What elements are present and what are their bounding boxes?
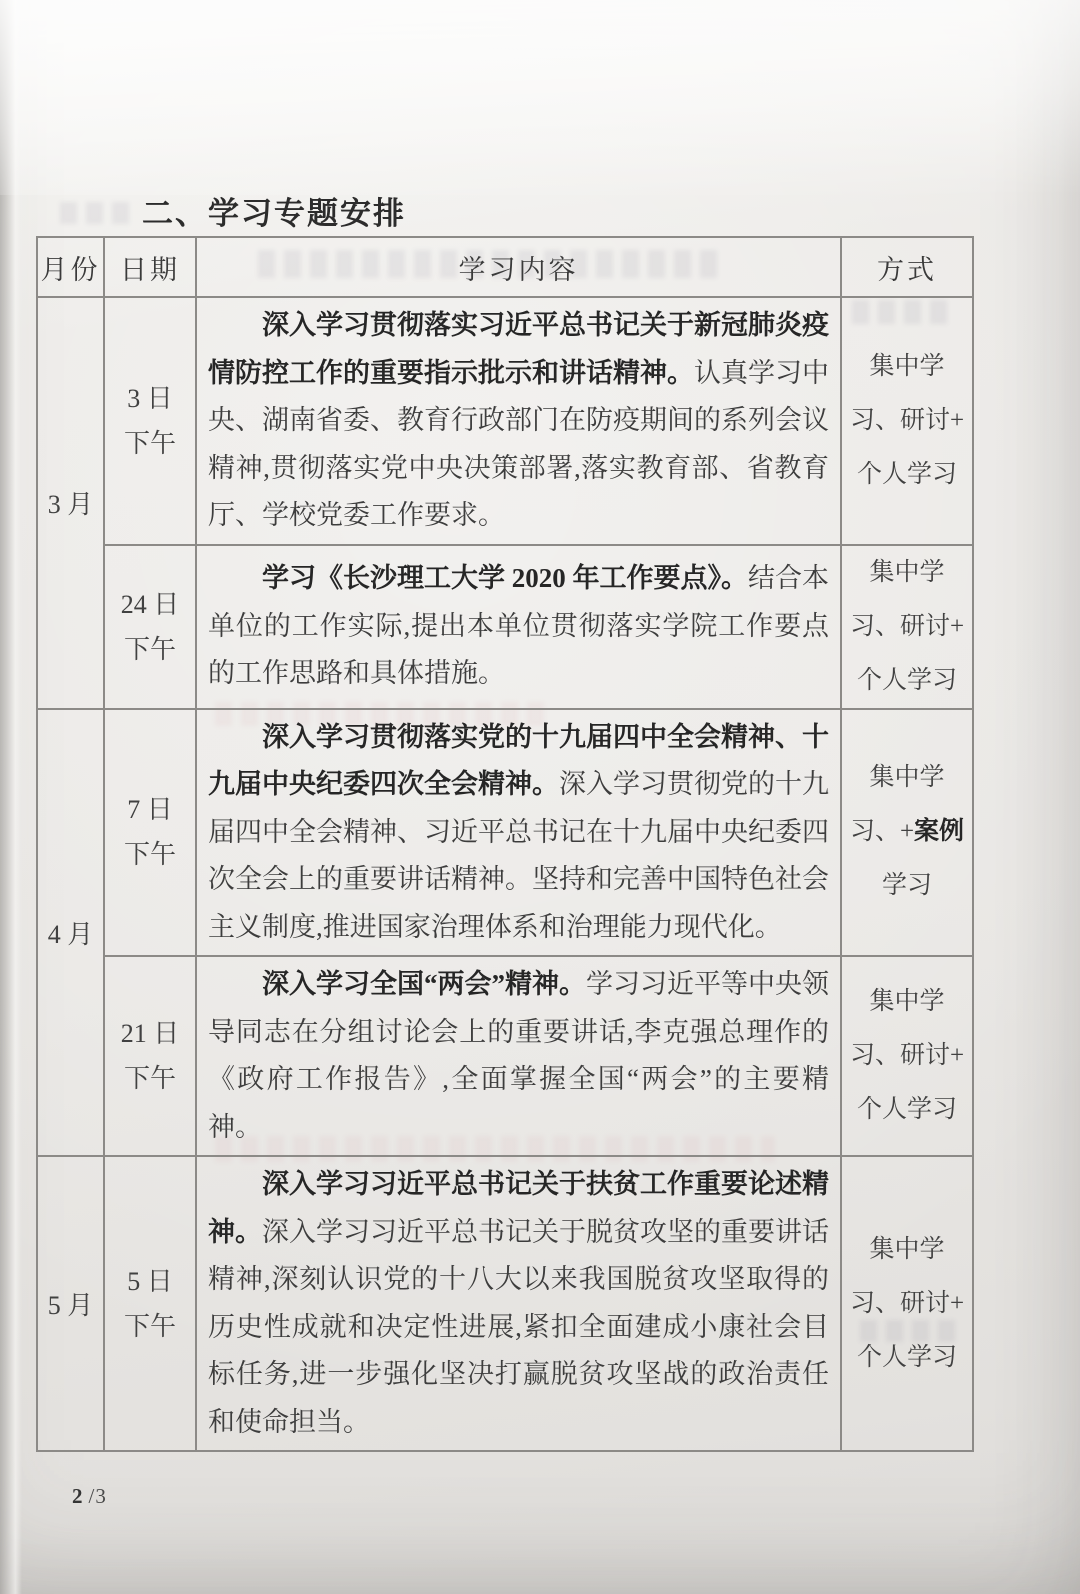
date-cell: 24 日 下午 <box>104 545 196 709</box>
table-row: 5 月 5 日 下午 深入学习习近平总书记关于扶贫工作重要论述精神。深入学习习近… <box>37 1156 973 1451</box>
date-time: 下午 <box>105 832 195 877</box>
table-row: 21 日 下午 深入学习全国“两会”精神。学习习近平等中央领导同志在分组讨论会上… <box>37 956 973 1156</box>
date-time: 下午 <box>105 1304 195 1349</box>
table-row: 24 日 下午 学习《长沙理工大学 2020 年工作要点》。结合本单位的工作实际… <box>37 545 973 709</box>
col-header-month: 月份 <box>37 237 104 297</box>
page-number: 2/3 <box>72 1484 107 1509</box>
content-paragraph: 学习《长沙理工大学 2020 年工作要点》。结合本单位的工作实际,提出本单位贯彻… <box>208 555 829 698</box>
content-paragraph: 深入学习贯彻落实党的十九届四中全会精神、十九届中央纪委四次全会精神。深入学习贯彻… <box>208 714 829 952</box>
method-line: 习、研讨+ <box>842 1277 972 1331</box>
method-line: 个人学习 <box>842 654 972 708</box>
method-line: 习、研讨+ <box>842 600 972 654</box>
paper-top-highlight <box>0 0 1080 195</box>
col-header-content: 学习内容 <box>196 237 841 297</box>
content-paragraph: 深入学习贯彻落实习近平总书记关于新冠肺炎疫情防控工作的重要指示批示和讲话精神。认… <box>208 302 829 540</box>
date-cell: 21 日 下午 <box>104 956 196 1156</box>
content-lead: 学习《长沙理工大学 2020 年工作要点》。 <box>262 563 748 593</box>
method-line: 个人学习 <box>842 1083 972 1137</box>
method-line: 个人学习 <box>842 1331 972 1385</box>
content-lead: 深入学习全国“两会”精神。 <box>262 969 586 999</box>
method-cell: 集中学 习、研讨+ 个人学习 <box>841 956 973 1156</box>
page-number-total: /3 <box>89 1484 107 1508</box>
date-cell: 7 日 下午 <box>104 709 196 957</box>
method-line: 习、+案例 <box>842 805 972 859</box>
date-day: 5 日 <box>105 1259 195 1304</box>
method-line: 集中学 <box>842 1223 972 1277</box>
table-header-row: 月份 日期 学习内容 方式 <box>37 237 973 297</box>
method-line: 学习 <box>842 859 972 913</box>
method-line: 习、研讨+ <box>842 1029 972 1083</box>
content-body: 深入学习习近平总书记关于脱贫攻坚的重要讲话精神,深刻认识党的十八大以来我国脱贫攻… <box>208 1217 829 1437</box>
col-header-date: 日期 <box>104 237 196 297</box>
method-line: 集中学 <box>842 340 972 394</box>
content-cell: 学习《长沙理工大学 2020 年工作要点》。结合本单位的工作实际,提出本单位贯彻… <box>196 545 841 709</box>
content-cell: 深入学习全国“两会”精神。学习习近平等中央领导同志在分组讨论会上的重要讲话,李克… <box>196 956 841 1156</box>
month-cell-march: 3 月 <box>37 297 104 709</box>
date-day: 21 日 <box>105 1011 195 1056</box>
content-paragraph: 深入学习习近平总书记关于扶贫工作重要论述精神。深入学习习近平总书记关于脱贫攻坚的… <box>208 1161 829 1446</box>
paper-left-edge-shadow <box>0 0 22 1594</box>
table-row: 4 月 7 日 下午 深入学习贯彻落实党的十九届四中全会精神、十九届中央纪委四次… <box>37 709 973 957</box>
table-row: 3 月 3 日 下午 深入学习贯彻落实习近平总书记关于新冠肺炎疫情防控工作的重要… <box>37 297 973 545</box>
method-cell: 集中学 习、研讨+ 个人学习 <box>841 297 973 545</box>
page-title: 二、学习专题安排 <box>142 188 406 233</box>
date-cell: 3 日 下午 <box>104 297 196 545</box>
method-line: 习、研讨+ <box>842 394 972 448</box>
date-day: 7 日 <box>105 787 195 832</box>
method-line-bold: 案例 <box>914 818 964 845</box>
study-schedule-table: 月份 日期 学习内容 方式 3 月 3 日 下午 深入学习贯彻落实习近平总书记关… <box>36 236 974 1452</box>
method-cell: 集中学 习、研讨+ 个人学习 <box>841 1156 973 1451</box>
date-day: 24 日 <box>105 582 195 627</box>
month-cell-april: 4 月 <box>37 709 104 1157</box>
bleed-through-ghost <box>60 202 132 224</box>
content-cell: 深入学习贯彻落实习近平总书记关于新冠肺炎疫情防控工作的重要指示批示和讲话精神。认… <box>196 297 841 545</box>
scanned-document-page: 二、学习专题安排 月份 日期 学习内容 方式 3 月 3 日 下午 深入学习贯 <box>0 0 1080 1594</box>
method-line: 个人学习 <box>842 448 972 502</box>
content-cell: 深入学习贯彻落实党的十九届四中全会精神、十九届中央纪委四次全会精神。深入学习贯彻… <box>196 709 841 957</box>
content-cell: 深入学习习近平总书记关于扶贫工作重要论述精神。深入学习习近平总书记关于脱贫攻坚的… <box>196 1156 841 1451</box>
date-time: 下午 <box>105 421 195 466</box>
month-cell-may: 5 月 <box>37 1156 104 1451</box>
method-cell: 集中学 习、研讨+ 个人学习 <box>841 545 973 709</box>
method-line: 集中学 <box>842 751 972 805</box>
date-cell: 5 日 下午 <box>104 1156 196 1451</box>
method-line: 集中学 <box>842 975 972 1029</box>
content-paragraph: 深入学习全国“两会”精神。学习习近平等中央领导同志在分组讨论会上的重要讲话,李克… <box>208 961 829 1151</box>
date-day: 3 日 <box>105 376 195 421</box>
date-time: 下午 <box>105 1056 195 1101</box>
date-time: 下午 <box>105 627 195 672</box>
method-line: 集中学 <box>842 546 972 600</box>
method-line-normal: 习、+ <box>850 818 914 845</box>
method-cell: 集中学 习、+案例 学习 <box>841 709 973 957</box>
col-header-method: 方式 <box>841 237 973 297</box>
page-number-current: 2 <box>72 1484 84 1508</box>
